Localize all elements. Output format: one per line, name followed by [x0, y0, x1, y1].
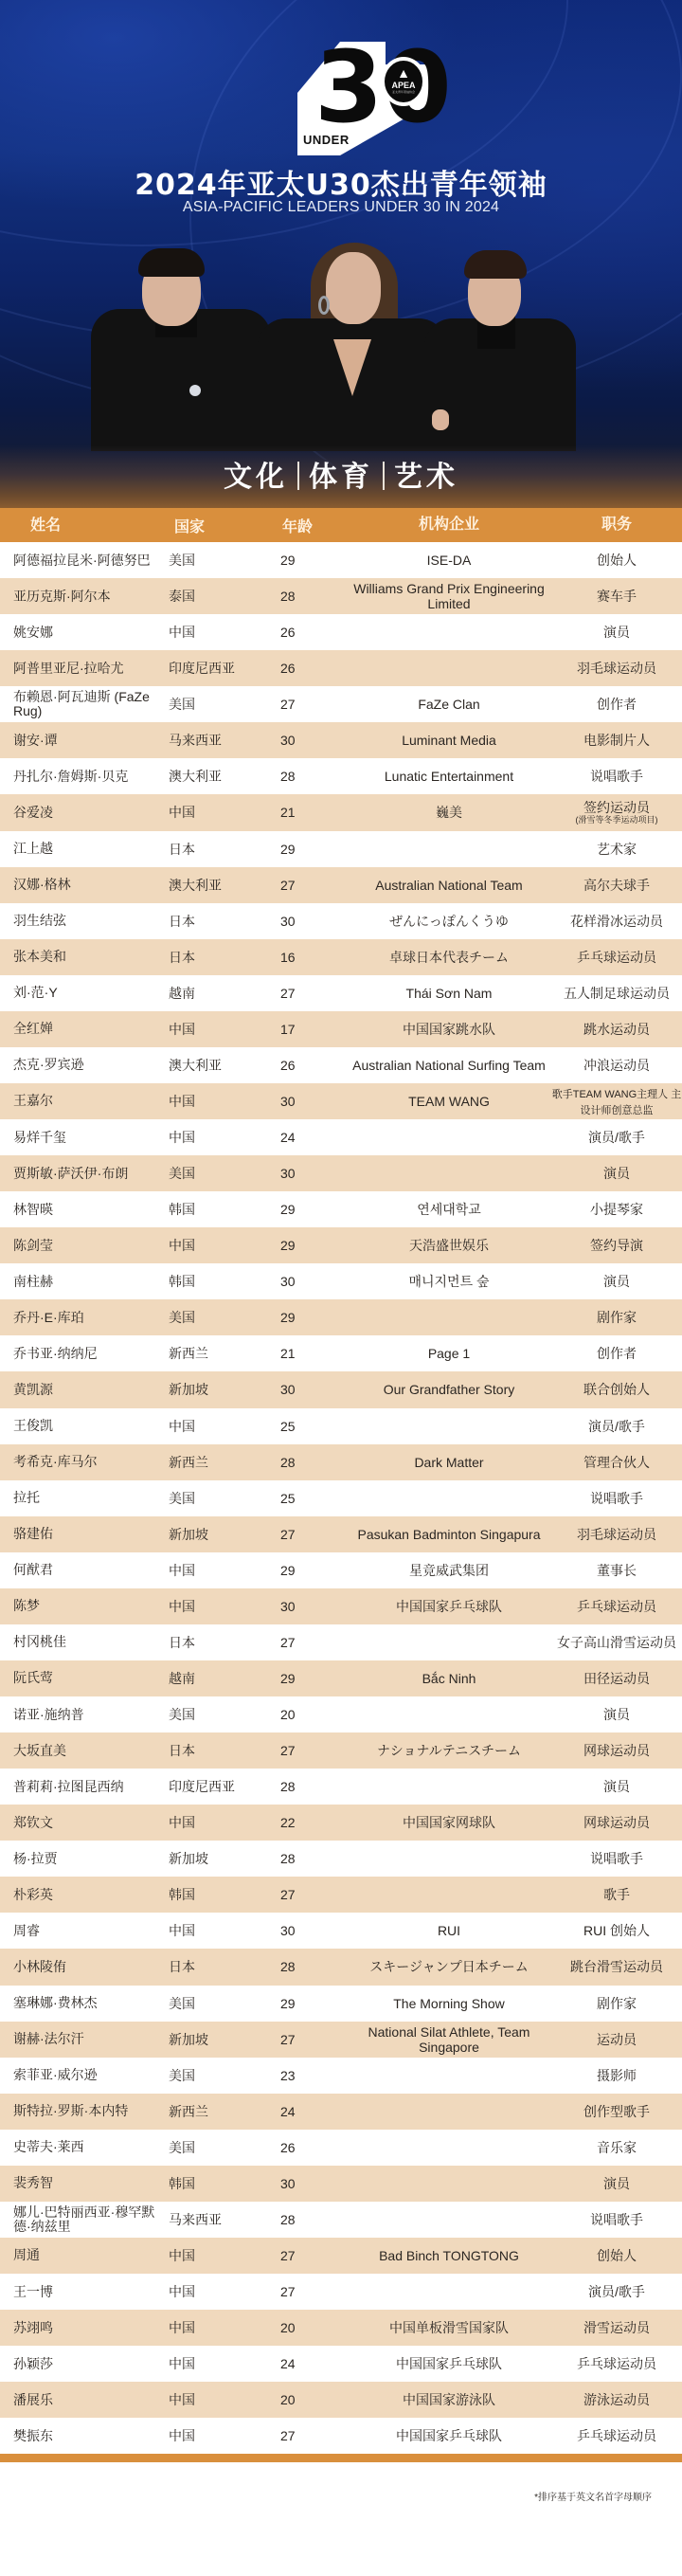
cell-org: 卓球日本代表チーム — [347, 950, 551, 965]
cell-country: 中国 — [155, 623, 260, 642]
cell-name: 周通 — [0, 2248, 155, 2262]
cell-age: 29 — [260, 1310, 347, 1325]
role-text: 歌手 — [603, 1887, 630, 1902]
cell-name: 林智暎 — [0, 1203, 155, 1217]
table-row: 塞琳娜·费林杰美国29The Morning Show剧作家 — [0, 1986, 682, 2022]
table-row: 苏翊鸣中国20中国单板滑雪国家队滑雪运动员 — [0, 2310, 682, 2346]
cell-country: 中国 — [155, 2354, 260, 2373]
cell-age: 28 — [260, 1959, 347, 1974]
cell-name: 阿德福拉昆米·阿德努巴 — [0, 553, 155, 568]
role-text: 跳台滑雪运动员 — [570, 1959, 663, 1974]
role-text: 签约运动员 — [583, 800, 650, 815]
cell-name: 亚历克斯·阿尔本 — [0, 590, 155, 604]
cell-country: 中国 — [155, 1092, 260, 1111]
cell-org: Luminant Media — [347, 733, 551, 748]
cell-country: 新西兰 — [155, 1453, 260, 1472]
cell-country: 中国 — [155, 1921, 260, 1940]
cell-name: 普莉莉·拉图昆西纳 — [0, 1780, 155, 1794]
cell-name: 王俊凯 — [0, 1419, 155, 1433]
cell-name: 骆建佑 — [0, 1527, 155, 1541]
cell-age: 29 — [260, 1671, 347, 1686]
cell-country: 美国 — [155, 2138, 260, 2157]
cell-age: 28 — [260, 1779, 347, 1794]
cell-role: 高尔夫球手 — [551, 878, 682, 893]
role-text: 演员 — [603, 1166, 630, 1181]
table-row: 樊振东中国27中国国家乒乓球队乒乓球运动员 — [0, 2418, 682, 2454]
cell-name: 樊振东 — [0, 2429, 155, 2443]
cell-name: 娜儿·巴特丽西亚·穆罕默德·纳兹里 — [0, 2205, 155, 2234]
cell-age: 28 — [260, 2212, 347, 2227]
cell-country: 美国 — [155, 1308, 260, 1327]
cell-name: 孙颖莎 — [0, 2357, 155, 2371]
cell-country: 韩国 — [155, 1200, 260, 1219]
cell-role: 说唱歌手 — [551, 2212, 682, 2227]
cell-age: 30 — [260, 1923, 347, 1938]
role-text: 演员/歌手 — [588, 1130, 645, 1145]
cell-age: 30 — [260, 1094, 347, 1109]
cell-role: 签约导演 — [551, 1238, 682, 1253]
cell-name: 郑钦文 — [0, 1816, 155, 1830]
role-text: 高尔夫球手 — [583, 878, 650, 893]
column-header-org: 机构企业 — [347, 517, 551, 533]
table-row: 阿普里亚尼·拉哈尤印度尼西亚26羽毛球运动员 — [0, 650, 682, 686]
cell-country: 新西兰 — [155, 1344, 260, 1363]
cell-age: 26 — [260, 625, 347, 640]
role-text: 创作者 — [597, 1346, 637, 1361]
cell-country: 中国 — [155, 2390, 260, 2409]
cell-name: 刘·范·Y — [0, 986, 155, 1000]
cell-country: 泰国 — [155, 587, 260, 606]
logo-under-label: UNDER — [303, 133, 350, 147]
cell-role: 说唱歌手 — [551, 1851, 682, 1866]
cell-country: 印度尼西亚 — [155, 659, 260, 678]
cell-name: 考希克·库马尔 — [0, 1455, 155, 1469]
table-row: 娜儿·巴特丽西亚·穆罕默德·纳兹里马来西亚28说唱歌手 — [0, 2202, 682, 2238]
table-row: 贾斯敏·萨沃伊·布朗美国30演员 — [0, 1155, 682, 1191]
cell-age: 25 — [260, 1419, 347, 1434]
cell-role: 游泳运动员 — [551, 2392, 682, 2407]
role-text: 创作者 — [597, 697, 637, 712]
cell-name: 张本美和 — [0, 950, 155, 964]
cell-age: 30 — [260, 1166, 347, 1181]
cell-role: 剧作家 — [551, 1310, 682, 1325]
table-row: 易烊千玺中国24演员/歌手 — [0, 1119, 682, 1155]
role-text: 花样滑冰运动员 — [570, 914, 663, 929]
cell-country: 中国 — [155, 2282, 260, 2301]
cell-role: 演员 — [551, 1779, 682, 1794]
table-row: 普莉莉·拉图昆西纳印度尼西亚28演员 — [0, 1769, 682, 1805]
cell-age: 29 — [260, 553, 347, 568]
role-text: 滑雪运动员 — [583, 2320, 650, 2335]
cell-country: 韩国 — [155, 1885, 260, 1904]
cell-age: 28 — [260, 1455, 347, 1470]
table-row: 何猷君中国29星竞威武集团董事长 — [0, 1552, 682, 1588]
cell-age: 29 — [260, 1563, 347, 1578]
table-row: 林智暎韩国29연세대학교小提琴家 — [0, 1191, 682, 1227]
cell-name: 江上越 — [0, 842, 155, 856]
cell-age: 21 — [260, 1346, 347, 1361]
table-row: 杰克·罗宾逊澳大利亚26Australian National Surfing … — [0, 1047, 682, 1083]
cell-name: 陈剑莹 — [0, 1239, 155, 1253]
cell-org: ISE-DA — [347, 553, 551, 568]
cell-role: 演员/歌手 — [551, 2284, 682, 2299]
cell-name: 苏翊鸣 — [0, 2321, 155, 2335]
cell-org: Bắc Ninh — [347, 1671, 551, 1686]
cell-country: 中国 — [155, 2426, 260, 2445]
cell-role: 演员 — [551, 625, 682, 640]
table-row: 索菲亚·威尔逊美国23摄影师 — [0, 2058, 682, 2094]
cell-org: Dark Matter — [347, 1455, 551, 1470]
apea-a-icon: ▲ — [385, 66, 422, 80]
cell-org: The Morning Show — [347, 1996, 551, 2011]
cell-country: 美国 — [155, 551, 260, 570]
category-culture: 文化 — [224, 461, 288, 494]
cell-org: ナショナルテニスチーム — [347, 1743, 551, 1758]
role-text: 艺术家 — [597, 842, 637, 857]
table-row: 谢安·谭马来西亚30Luminant Media电影制片人 — [0, 722, 682, 758]
table-row: 王一博中国27演员/歌手 — [0, 2274, 682, 2310]
cell-age: 27 — [260, 1887, 347, 1902]
cell-org: Bad Binch TONGTONG — [347, 2248, 551, 2263]
table-row: 朴彩英韩国27歌手 — [0, 1877, 682, 1913]
role-text: 说唱歌手 — [590, 1491, 643, 1506]
column-header-age: 年龄 — [260, 515, 347, 536]
cell-org: 매니지먼트 숲 — [347, 1274, 551, 1289]
cell-org: Australian National Team — [347, 878, 551, 893]
cell-role: 演员/歌手 — [551, 1130, 682, 1145]
cell-age: 20 — [260, 2392, 347, 2407]
table-row: 裴秀智韩国30演员 — [0, 2166, 682, 2202]
cell-country: 新加坡 — [155, 2030, 260, 2049]
person-figure — [258, 235, 447, 451]
cell-country: 日本 — [155, 1741, 260, 1760]
table-row: 周睿中国30RUIRUI 创始人 — [0, 1913, 682, 1949]
hero-banner: 30 UNDER ▲ APEA 亚太青年领袖协会 2024年亚太U30杰出青年领… — [0, 0, 682, 508]
cell-name: 谢安·谭 — [0, 734, 155, 748]
cell-name: 谢赫·法尔汗 — [0, 2032, 155, 2046]
table-row: 杨·拉贾新加坡28说唱歌手 — [0, 1841, 682, 1877]
role-text: 演员/歌手 — [588, 1419, 645, 1434]
cell-age: 26 — [260, 1058, 347, 1073]
earring-icon — [318, 296, 330, 315]
cell-role: 五人制足球运动员 — [551, 986, 682, 1001]
cell-country: 美国 — [155, 1489, 260, 1508]
cell-age: 21 — [260, 805, 347, 820]
role-text: 剧作家 — [597, 1996, 637, 2011]
table-row: 陈剑莹中国29天浩盛世娱乐签约导演 — [0, 1227, 682, 1263]
cell-age: 20 — [260, 1707, 347, 1722]
role-note: (滑雪等冬季运动项目) — [551, 815, 682, 825]
role-text: 创作型歌手 — [583, 2104, 650, 2119]
table-row: 拉托美国25说唱歌手 — [0, 1480, 682, 1516]
table-row: 大坂直美日本27ナショナルテニスチーム网球运动员 — [0, 1732, 682, 1769]
cell-country: 新西兰 — [155, 2102, 260, 2121]
cell-org: 中国国家乒乓球队 — [347, 2428, 551, 2443]
cell-role: 创作者 — [551, 697, 682, 712]
cell-role: 歌手TEAM WANG主理人 主设计师创意总监 — [551, 1085, 682, 1117]
cell-org: 巍美 — [347, 805, 551, 820]
role-text: 联合创始人 — [583, 1382, 650, 1397]
role-text: 音乐家 — [597, 2140, 637, 2155]
cell-age: 30 — [260, 914, 347, 929]
cell-role: 董事长 — [551, 1563, 682, 1578]
cell-age: 24 — [260, 2104, 347, 2119]
cell-age: 29 — [260, 1202, 347, 1217]
cell-name: 朴彩英 — [0, 1888, 155, 1902]
role-text: 摄影师 — [597, 2068, 637, 2083]
cell-org: National Silat Athlete, Team Singapore — [347, 2024, 551, 2055]
table-row: 骆建佑新加坡27Pasukan Badminton Singapura羽毛球运动… — [0, 1516, 682, 1552]
cell-name: 大坂直美 — [0, 1744, 155, 1758]
cell-role: 运动员 — [551, 2032, 682, 2047]
cell-role: 创作型歌手 — [551, 2104, 682, 2119]
table-row: 孙颖莎中国24中国国家乒乓球队乒乓球运动员 — [0, 2346, 682, 2382]
cell-age: 30 — [260, 1599, 347, 1614]
cell-org: Pasukan Badminton Singapura — [347, 1527, 551, 1542]
role-text: 羽毛球运动员 — [577, 1527, 656, 1542]
role-text: 说唱歌手 — [590, 1851, 643, 1866]
table-row: 谷爱凌中国21巍美签约运动员(滑雪等冬季运动项目) — [0, 794, 682, 830]
table-row: 姚安娜中国26演员 — [0, 614, 682, 650]
cell-country: 韩国 — [155, 1272, 260, 1291]
role-text: 说唱歌手 — [590, 2212, 643, 2227]
cell-age: 28 — [260, 589, 347, 604]
cell-age: 27 — [260, 2248, 347, 2263]
cell-name: 丹扎尔·詹姆斯·贝克 — [0, 770, 155, 784]
role-text: 网球运动员 — [583, 1815, 650, 1830]
cell-role: 创始人 — [551, 553, 682, 568]
apea-subtitle: 亚太青年领袖协会 — [385, 90, 422, 94]
cell-age: 22 — [260, 1815, 347, 1830]
cell-country: 中国 — [155, 2246, 260, 2265]
cell-country: 澳大利亚 — [155, 876, 260, 895]
brooch-icon — [189, 385, 201, 396]
role-text: 网球运动员 — [583, 1743, 650, 1758]
role-text: 签约导演 — [590, 1238, 643, 1253]
role-text: 乒乓球运动员 — [577, 2356, 656, 2371]
cell-age: 24 — [260, 2356, 347, 2371]
person-figure — [91, 243, 271, 451]
cell-role: 滑雪运动员 — [551, 2320, 682, 2335]
cell-country: 中国 — [155, 1813, 260, 1832]
cell-country: 韩国 — [155, 2174, 260, 2193]
table-row: 亚历克斯·阿尔本泰国28Williams Grand Prix Engineer… — [0, 578, 682, 614]
cell-name: 全红婵 — [0, 1022, 155, 1036]
cell-org: Our Grandfather Story — [347, 1382, 551, 1397]
cell-country: 印度尼西亚 — [155, 1777, 260, 1796]
cell-age: 27 — [260, 697, 347, 712]
table-row: 陈梦中国30中国国家乒乓球队乒乓球运动员 — [0, 1588, 682, 1624]
cell-country: 美国 — [155, 1705, 260, 1724]
cell-role: 跳水运动员 — [551, 1022, 682, 1037]
cell-name: 史蒂夫·莱西 — [0, 2140, 155, 2154]
role-text: 游泳运动员 — [583, 2392, 650, 2407]
cell-role: 演员 — [551, 2176, 682, 2191]
cell-age: 30 — [260, 733, 347, 748]
category-heading: 文化体育艺术 — [0, 453, 682, 495]
cell-org: スキージャンプ日本チーム — [347, 1959, 551, 1974]
table-row: 小林陵侑日本28スキージャンプ日本チーム跳台滑雪运动员 — [0, 1949, 682, 1985]
cell-name: 乔丹·E·库珀 — [0, 1311, 155, 1325]
cell-country: 中国 — [155, 1597, 260, 1616]
table-row: 史蒂夫·莱西美国26音乐家 — [0, 2130, 682, 2166]
cell-role: 乒乓球运动员 — [551, 2356, 682, 2371]
cell-role: 创始人 — [551, 2248, 682, 2263]
cell-age: 27 — [260, 2428, 347, 2443]
role-text: 田径运动员 — [583, 1671, 650, 1686]
cell-name: 汉娜·格林 — [0, 878, 155, 892]
cell-age: 29 — [260, 842, 347, 857]
cell-country: 新加坡 — [155, 1849, 260, 1868]
cell-role: 花样滑冰运动员 — [551, 914, 682, 929]
cell-org: 中国国家乒乓球队 — [347, 2356, 551, 2371]
cell-country: 美国 — [155, 1994, 260, 2013]
cell-org: 中国国家网球队 — [347, 1815, 551, 1830]
role-text: 乒乓球运动员 — [577, 1599, 656, 1614]
cell-name: 阮氏莺 — [0, 1671, 155, 1685]
cell-name: 潘展乐 — [0, 2393, 155, 2407]
cell-name: 裴秀智 — [0, 2176, 155, 2190]
table-row: 王俊凯中国25演员/歌手 — [0, 1408, 682, 1444]
cell-country: 中国 — [155, 1417, 260, 1436]
table-row: 张本美和日本16卓球日本代表チーム乒乓球运动员 — [0, 939, 682, 975]
role-text: 歌手TEAM WANG主理人 主设计师创意总监 — [552, 1089, 681, 1116]
cell-age: 29 — [260, 1238, 347, 1253]
cell-role: 签约运动员(滑雪等冬季运动项目) — [551, 800, 682, 825]
cell-country: 中国 — [155, 1020, 260, 1039]
table-row: 乔书亚·纳纳尼新西兰21Page 1创作者 — [0, 1335, 682, 1371]
cell-age: 25 — [260, 1491, 347, 1506]
cell-name: 乔书亚·纳纳尼 — [0, 1347, 155, 1361]
role-text: 说唱歌手 — [590, 769, 643, 784]
cell-country: 澳大利亚 — [155, 767, 260, 786]
role-text: 电影制片人 — [583, 733, 650, 748]
table-row: 黄凯源新加坡30Our Grandfather Story联合创始人 — [0, 1371, 682, 1407]
cell-role: 冲浪运动员 — [551, 1058, 682, 1073]
cell-name: 易烊千玺 — [0, 1131, 155, 1145]
table-row: 村冈桃佳日本27女子高山滑雪运动员 — [0, 1624, 682, 1660]
table-row: 斯特拉·罗斯·本内特新西兰24创作型歌手 — [0, 2094, 682, 2130]
cell-age: 27 — [260, 1743, 347, 1758]
cell-age: 27 — [260, 878, 347, 893]
cell-role: 说唱歌手 — [551, 769, 682, 784]
role-text: 演员 — [603, 1779, 630, 1794]
table-row: 汉娜·格林澳大利亚27Australian National Team高尔夫球手 — [0, 867, 682, 903]
cell-org: Williams Grand Prix Engineering Limited — [347, 581, 551, 611]
role-text: 小提琴家 — [590, 1202, 643, 1217]
cell-age: 30 — [260, 1274, 347, 1289]
role-text: 剧作家 — [597, 1310, 637, 1325]
apea-badge: ▲ APEA 亚太青年领袖协会 — [381, 57, 426, 106]
cell-country: 马来西亚 — [155, 731, 260, 750]
role-text: 五人制足球运动员 — [564, 986, 670, 1001]
category-sports: 体育 — [309, 461, 373, 494]
cell-age: 28 — [260, 1851, 347, 1866]
cell-country: 日本 — [155, 1957, 260, 1976]
role-text: 乒乓球运动员 — [577, 950, 656, 965]
cell-role: 电影制片人 — [551, 733, 682, 748]
column-header-country: 国家 — [155, 515, 260, 536]
cell-name: 斯特拉·罗斯·本内特 — [0, 2104, 155, 2118]
table-row: 考希克·库马尔新西兰28Dark Matter管理合伙人 — [0, 1444, 682, 1480]
cell-role: 乒乓球运动员 — [551, 950, 682, 965]
cell-role: 歌手 — [551, 1887, 682, 1902]
table-row: 刘·范·Y越南27Thái Sơn Nam五人制足球运动员 — [0, 975, 682, 1011]
cell-role: 艺术家 — [551, 842, 682, 857]
cell-name: 王一博 — [0, 2285, 155, 2299]
cell-name: 布赖恩·阿瓦迪斯 (FaZe Rug) — [0, 690, 155, 718]
cell-country: 新加坡 — [155, 1525, 260, 1544]
cell-age: 27 — [260, 1635, 347, 1650]
cell-age: 28 — [260, 769, 347, 784]
cell-name: 拉托 — [0, 1491, 155, 1505]
role-text: 演员/歌手 — [588, 2284, 645, 2299]
cell-org: TEAM WANG — [347, 1094, 551, 1109]
sorting-footnote: *排序基于英文名首字母顺序 — [0, 2489, 682, 2503]
cell-name: 王嘉尔 — [0, 1094, 155, 1108]
cell-country: 中国 — [155, 1128, 260, 1147]
role-text: 董事长 — [597, 1563, 637, 1578]
cell-role: 演员 — [551, 1166, 682, 1181]
cell-name: 谷爱凌 — [0, 806, 155, 820]
cell-role: 女子高山滑雪运动员 — [551, 1635, 682, 1650]
cell-age: 26 — [260, 2140, 347, 2155]
cell-role: 剧作家 — [551, 1996, 682, 2011]
cell-role: 羽毛球运动员 — [551, 1527, 682, 1542]
cell-country: 越南 — [155, 1669, 260, 1688]
leaders-table: 姓名 国家 年龄 机构企业 职务 阿德福拉昆米·阿德努巴美国29ISE-DA创始… — [0, 508, 682, 2462]
cell-country: 澳大利亚 — [155, 1056, 260, 1075]
page-subtitle: ASIA-PACIFIC LEADERS UNDER 30 IN 2024 — [0, 199, 682, 216]
cell-org: 中国国家跳水队 — [347, 1022, 551, 1037]
role-text: 创始人 — [597, 553, 637, 568]
cell-country: 中国 — [155, 2318, 260, 2337]
role-text: 赛车手 — [597, 589, 637, 604]
role-text: 演员 — [603, 625, 630, 640]
cell-role: 管理合伙人 — [551, 1455, 682, 1470]
cell-role: 网球运动员 — [551, 1815, 682, 1830]
page-title: 2024年亚太U30杰出青年领袖 — [0, 161, 682, 203]
cell-country: 马来西亚 — [155, 2210, 260, 2229]
table-row: 羽生结弦日本30ぜんにっぽんくうゆ花样滑冰运动员 — [0, 903, 682, 939]
table-row: 阿德福拉昆米·阿德努巴美国29ISE-DA创始人 — [0, 542, 682, 578]
table-body: 阿德福拉昆米·阿德努巴美国29ISE-DA创始人亚历克斯·阿尔本泰国28Will… — [0, 542, 682, 2454]
table-row: 乔丹·E·库珀美国29剧作家 — [0, 1299, 682, 1335]
cell-role: 小提琴家 — [551, 1202, 682, 1217]
cell-country: 美国 — [155, 695, 260, 714]
table-row: 郑钦文中国22中国国家网球队网球运动员 — [0, 1805, 682, 1841]
page-bottom-spacer — [0, 2503, 682, 2553]
cell-age: 17 — [260, 1022, 347, 1037]
cell-org: Australian National Surfing Team — [347, 1058, 551, 1073]
cell-country: 越南 — [155, 984, 260, 1003]
cell-country: 日本 — [155, 1633, 260, 1652]
table-row: 王嘉尔中国30TEAM WANG歌手TEAM WANG主理人 主设计师创意总监 — [0, 1083, 682, 1119]
cell-name: 塞琳娜·费林杰 — [0, 1996, 155, 2010]
cell-age: 16 — [260, 950, 347, 965]
cell-role: 联合创始人 — [551, 1382, 682, 1397]
cell-name: 杰克·罗宾逊 — [0, 1058, 155, 1072]
cell-name: 杨·拉贾 — [0, 1852, 155, 1866]
role-text: 演员 — [603, 2176, 630, 2191]
cell-role: 乒乓球运动员 — [551, 1599, 682, 1614]
table-bottom-bar — [0, 2454, 682, 2462]
table-row: 丹扎尔·詹姆斯·贝克澳大利亚28Lunatic Entertainment说唱歌… — [0, 758, 682, 794]
cell-org: 星竞威武集团 — [347, 1563, 551, 1578]
cell-role: 说唱歌手 — [551, 1491, 682, 1506]
role-text: 运动员 — [597, 2032, 637, 2047]
cell-org: 中国单板滑雪国家队 — [347, 2320, 551, 2335]
